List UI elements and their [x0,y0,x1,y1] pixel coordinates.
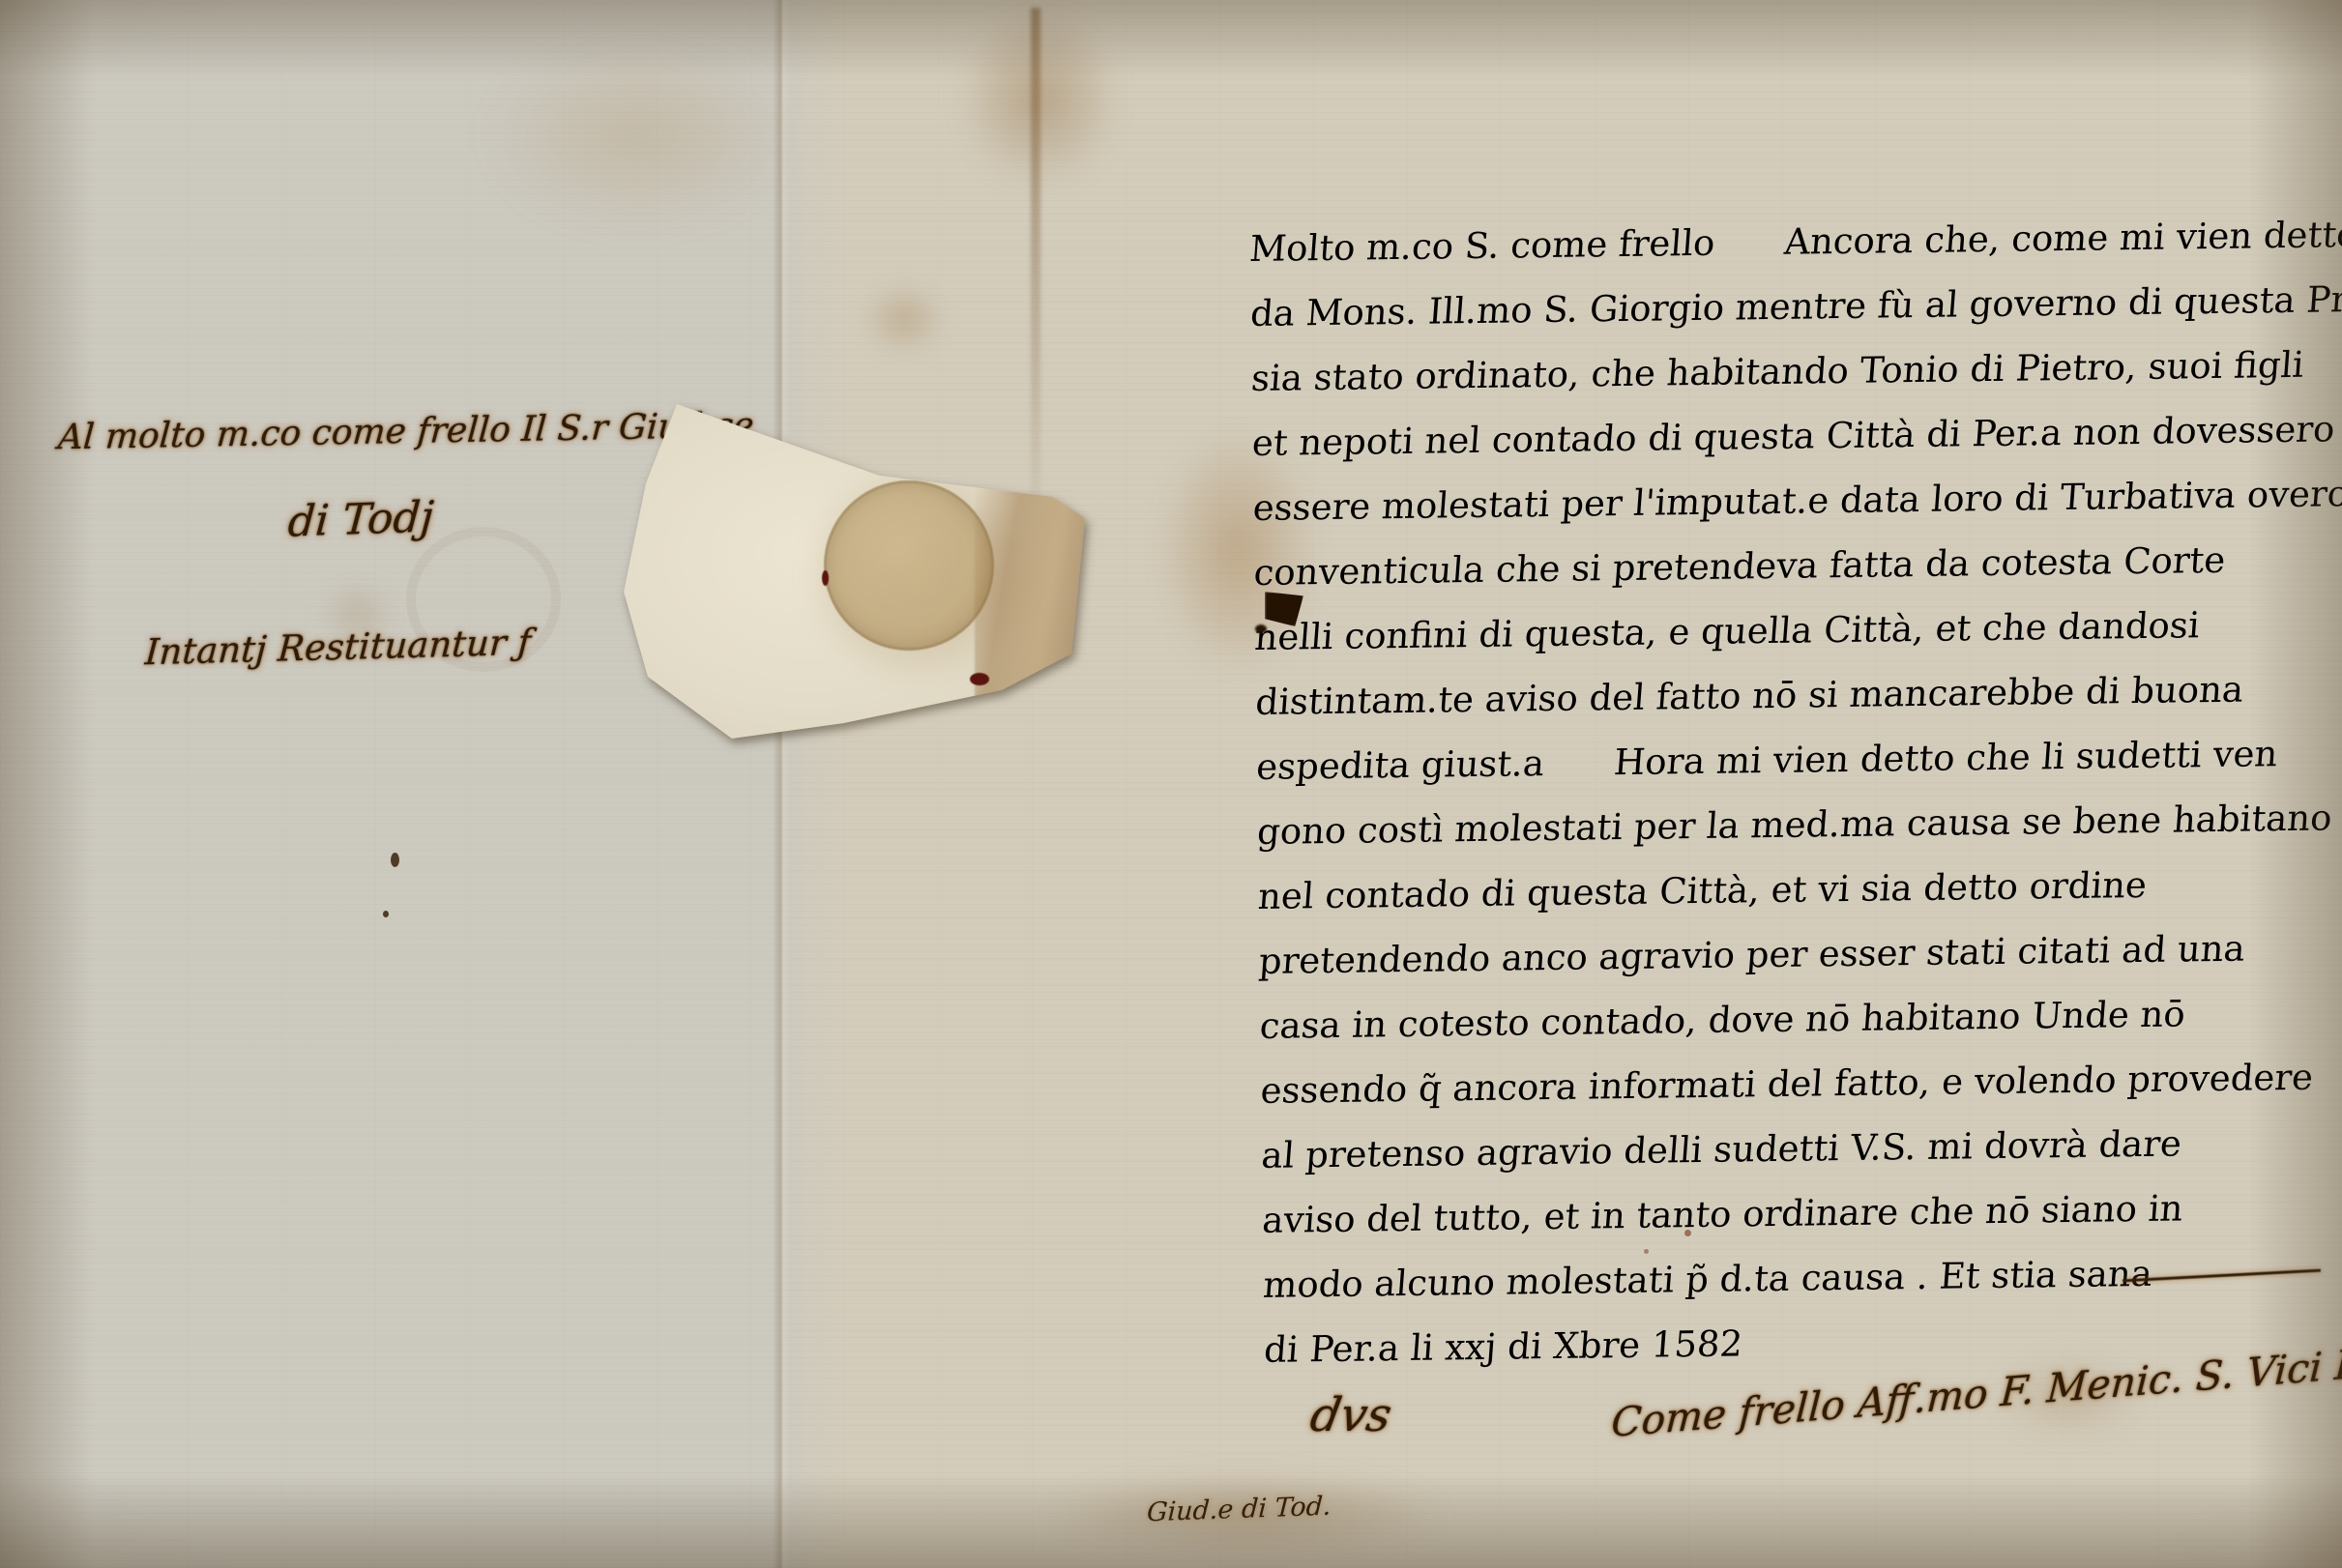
gutter-fold-crease [773,0,790,1568]
letter-line-text: Hora mi vien detto che li sudetti ven [1613,733,2279,783]
letter-line-text: essendo q̃ ancora informati del fatto, e… [1259,1057,2314,1112]
seal-patch-stain-band [975,484,1086,739]
paraph-flourish: dvs [1306,1388,1395,1442]
ink-blot [1255,624,1267,633]
letter-line-text: gono costì molestati per la med.ma causa… [1256,797,2333,853]
crease-top-stain [957,6,1122,189]
wax-seal-impression [824,480,994,651]
letter-line-text: pretendendo anco agravio per esser stati… [1257,928,2246,982]
wax-spot [822,570,829,586]
letter-line-text: casa in cotesto contado, dove nō habitan… [1258,993,2186,1047]
letter-line-text: et nepoti nel contado di questa Città di… [1250,408,2336,464]
letter-body: Molto m.co S. come frelloAncora che, com… [1249,202,2342,1382]
letter-line-left-segment: Molto m.co S. come frello [1248,222,1716,270]
letter-line-text: nel contado di questa Città, et vi sia d… [1257,864,2149,917]
letter-line-text: da Mons. Ill.mo S. Giorgio mentre fù al … [1249,277,2342,334]
letter-line-left-segment: espedita giust.a [1255,742,1546,788]
wax-spot [970,673,989,685]
letter-line-text: essere molestati per l'imputat.e data lo… [1251,473,2342,529]
small-round-stain [861,280,948,358]
letter-line-text: distintam.te aviso del fatto nō si manca… [1254,669,2245,723]
address-line-2: di Todj [286,492,435,546]
ink-speck [391,853,399,867]
letter-line-text: Ancora che, come mi vien detto, altre vo… [1783,211,2342,263]
seal-patch-shape [624,404,1086,739]
photograph-backdrop: Al molto m.co come frello Il S.r Giud.ce… [0,0,2342,1568]
letter-line-text: aviso del tutto, et in tanto ordinare ch… [1261,1187,2184,1241]
letter-line-text: conventicula che si pretendeva fatta da … [1252,539,2227,594]
letter-line-text: nelli confini di questa, e quella Città,… [1253,604,2201,658]
ink-speck [383,911,389,917]
manuscript-sheet: Al molto m.co come frello Il S.r Giud.ce… [0,0,2342,1568]
letter-line-text: sia stato ordinato, che habitando Tonio … [1250,344,2305,399]
wax-spot [952,715,980,725]
footer-annotation: Giud.e di Tod. [1146,1492,1332,1528]
top-center-stain [483,39,793,232]
seal-paper-patch [624,404,1086,739]
letter-line-text: modo alcuno molestati p̃ d.ta causa . Et… [1262,1253,2154,1306]
letter-line-text: al pretenso agravio delli sudetti V.S. m… [1260,1122,2182,1176]
letter-line-text: di Per.a li xxj di Xbre 1582 [1263,1322,1744,1371]
